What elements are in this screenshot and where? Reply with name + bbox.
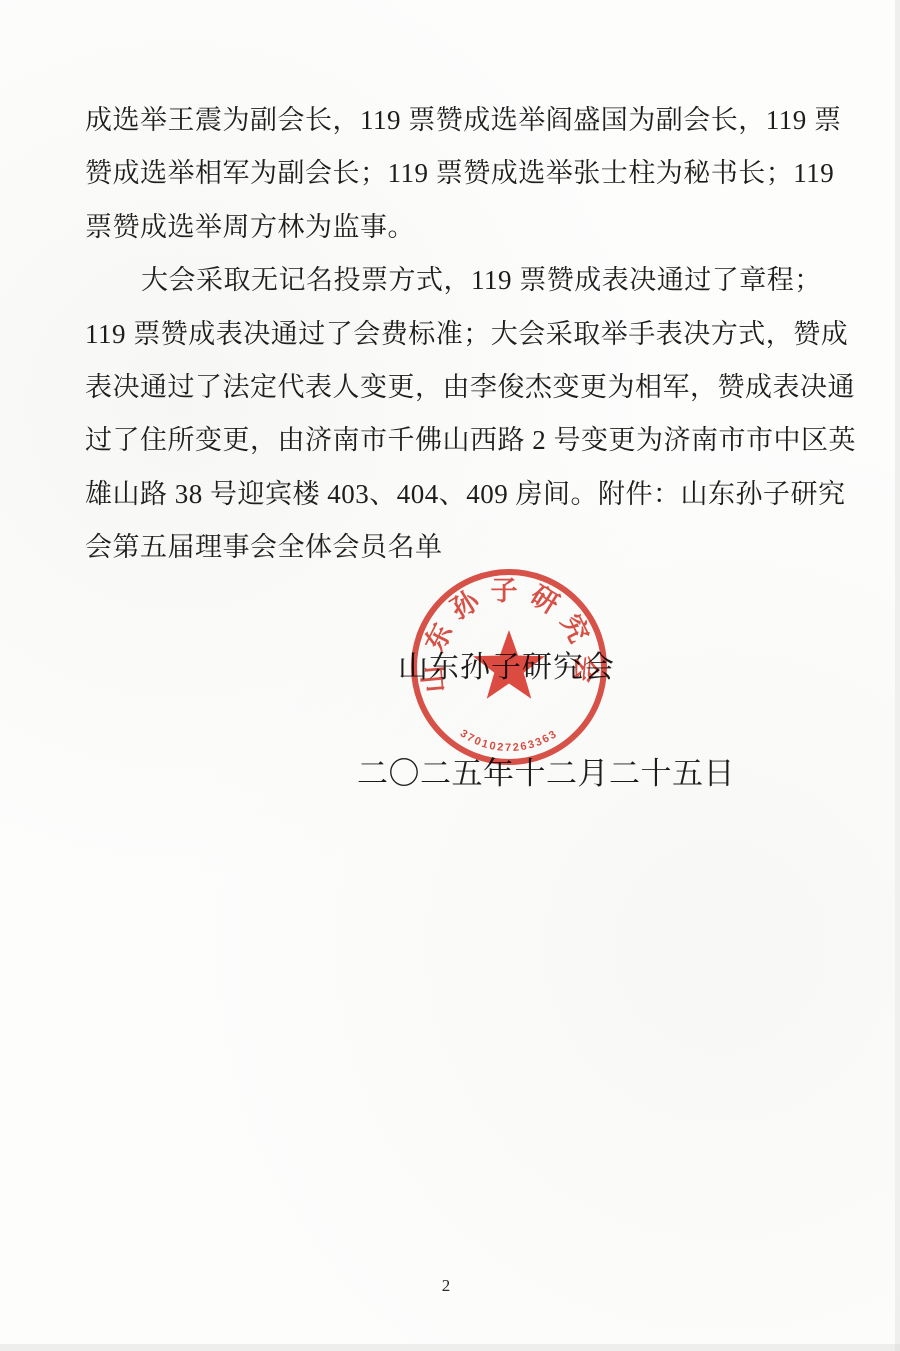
text-line: 成选举王震为副会长，119 票赞成选举阎盛国为副会长，119 票 <box>85 94 818 147</box>
page-number: 2 <box>0 1276 892 1296</box>
text-line: 119 票赞成表决通过了会费标准；大会采取举手表决方式，赞成 <box>85 308 818 361</box>
body-text: 成选举王震为副会长，119 票赞成选举阎盛国为副会长，119 票 赞成选举相军为… <box>85 94 818 575</box>
text-line: 赞成选举相军为副会长；119 票赞成选举张士柱为秘书长；119 <box>85 147 818 200</box>
text-line: 票赞成选举周方林为监事。 <box>85 201 818 254</box>
seal-graphic: 山东孙子研究会 3701027263363 <box>409 567 609 767</box>
document-page: 成选举王震为副会长，119 票赞成选举阎盛国为副会长，119 票 赞成选举相军为… <box>0 0 900 1351</box>
official-seal: 山东孙子研究会 3701027263363 <box>409 567 609 767</box>
text-line: 过了住所变更，由济南市千佛山西路 2 号变更为济南市市中区英 <box>85 414 818 467</box>
text-line: 表决通过了法定代表人变更，由李俊杰变更为相军，赞成表决通 <box>85 361 818 414</box>
red-star-icon <box>473 630 545 699</box>
text-line: 雄山路 38 号迎宾楼 403、404、409 房间。附件：山东孙子研究 <box>85 468 818 521</box>
seal-serial-number: 3701027263363 <box>458 727 560 754</box>
text-line: 大会采取无记名投票方式，119 票赞成表决通过了章程； <box>85 254 818 307</box>
